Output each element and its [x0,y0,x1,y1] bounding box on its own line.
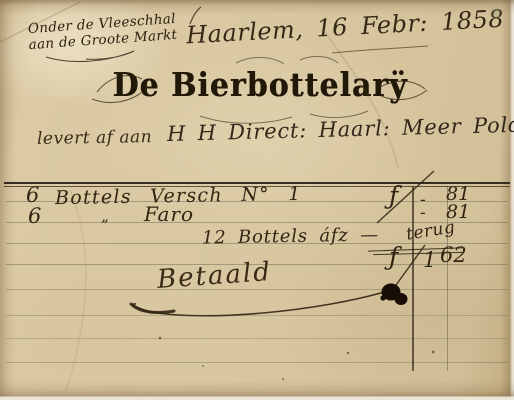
ruled-line [6,338,508,339]
row2-quantity: 6 [28,204,41,228]
ruled-line [6,315,508,316]
row3-quantity: 12 [202,227,227,248]
row1-florin-sign: ƒ [389,181,398,210]
row3-description: 12 Bottels áfz — [202,224,379,248]
row2-description: Faro [144,202,194,226]
total-cents: 62 [440,243,467,267]
row2-ditto-mark: „ [101,207,109,225]
delivery-prefix: levert af aan [37,127,152,149]
total-florin-sign: ƒ [389,242,398,271]
scanned-invoice: Onder de Vleeschhal aan de Groote Markt … [0,0,514,400]
company-title: De Bierbottelarÿ [100,67,420,105]
total-guilders: 1 [423,248,436,272]
row3-text: Bottels áfz — [238,224,379,247]
ruled-line [6,289,508,290]
row2-guilders: - [420,203,426,223]
ruled-line [6,362,508,363]
guilders-column-line [412,186,414,371]
